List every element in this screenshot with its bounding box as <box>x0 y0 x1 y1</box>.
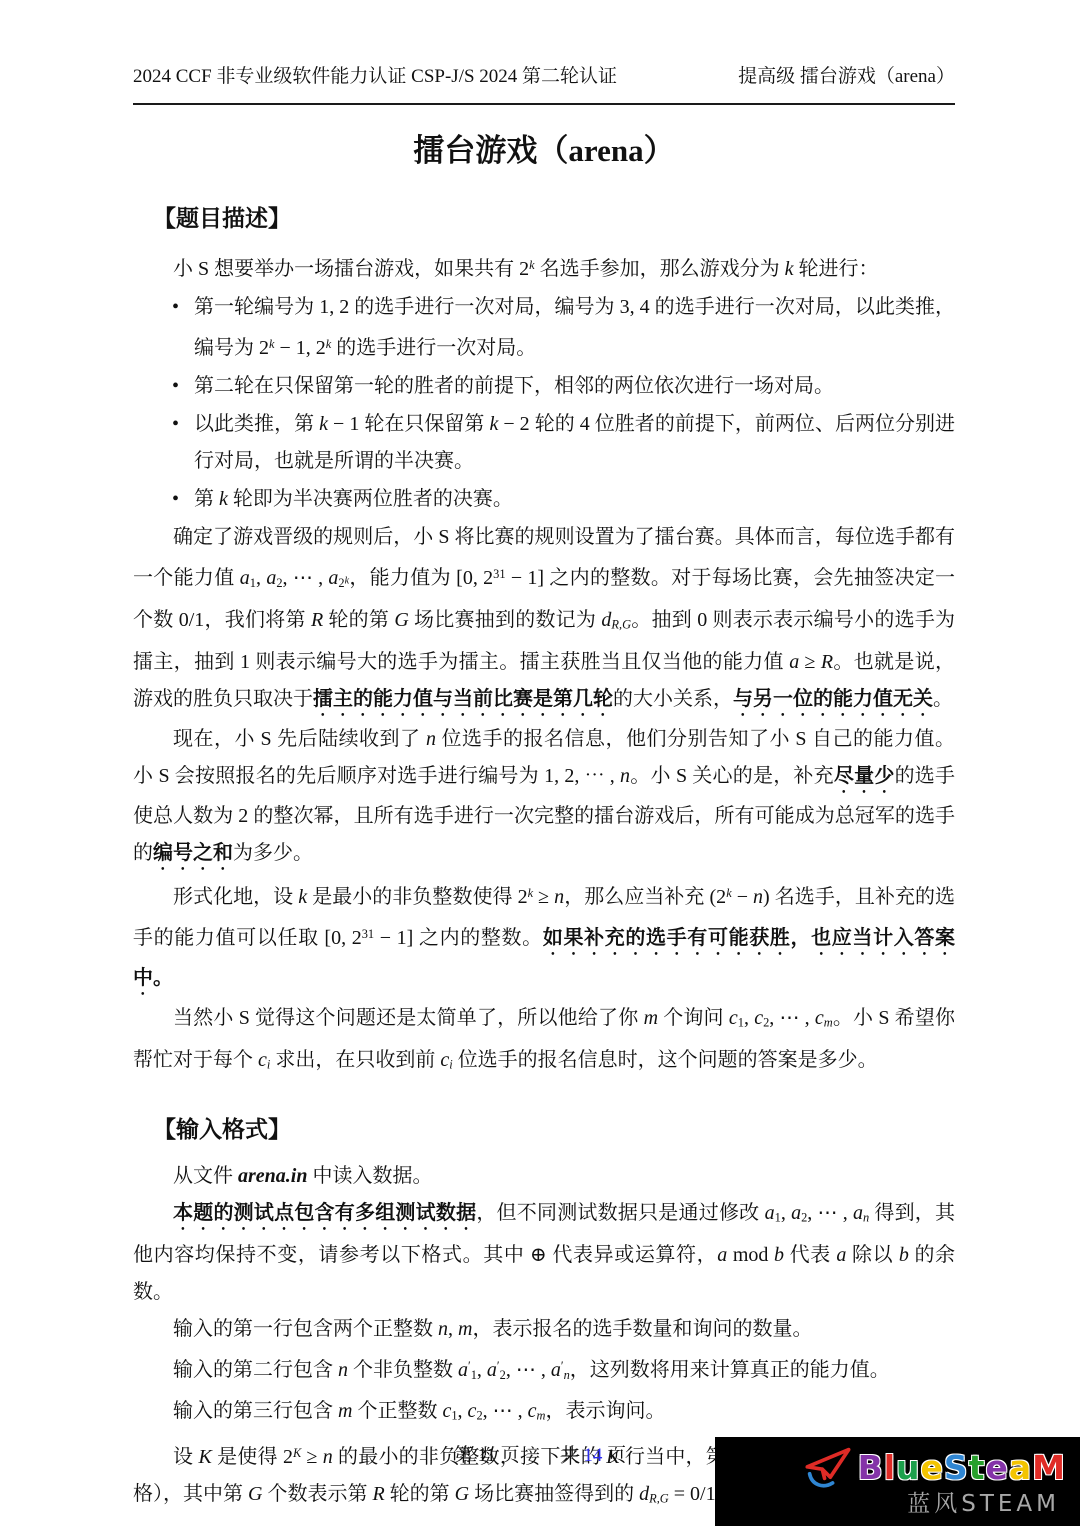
text-run: 本题的测试点包含有多组测试数据 <box>173 1202 476 1224</box>
text-run: 个正整数 <box>352 1400 442 1422</box>
text-run: , ⋯ , <box>769 1007 815 1029</box>
logo-letter: e <box>921 1448 944 1487</box>
text-run: − 1 <box>328 413 359 435</box>
text-run: a <box>328 568 338 590</box>
text-run: m <box>644 1007 658 1029</box>
text-run: a <box>487 1359 497 1381</box>
text-run: R,G <box>649 1492 669 1506</box>
text-run: (2 <box>710 886 727 908</box>
text-run: arena.in <box>238 1165 307 1187</box>
text-run: 2 <box>238 805 248 827</box>
para-input-line-2: 输入的第二行包含 n 个非负整数 a′1, a′2, ⋯ , a′n，这列数将用… <box>133 1348 955 1394</box>
text-run: k <box>219 488 228 510</box>
text-run: a <box>765 1202 775 1224</box>
text-run: 2 <box>519 258 529 280</box>
text-run: , <box>448 1318 458 1340</box>
text-run: [0, 2 <box>456 568 493 590</box>
text-run: 轮的第 <box>385 1483 455 1505</box>
section-heading-problem-description: 【题目描述】 <box>153 203 955 235</box>
text-run: 轮进行： <box>794 258 879 280</box>
text-run: 则表示编号大的选手为擂主。擂主获胜当且仅当他的能力值 <box>250 651 789 673</box>
text-run: c <box>258 1049 267 1071</box>
bullet-text: 第二轮在只保留第一轮的胜者的前提下，相邻的两位依次进行一场对局。 <box>194 368 955 405</box>
text-run: 4 <box>580 413 590 435</box>
text-run: 输入的第二行包含 <box>173 1359 338 1381</box>
text-run: a <box>791 1202 801 1224</box>
document-page: 2024 CCF 非专业级软件能力认证 CSP-J/S 2024 第二轮认证 提… <box>0 0 1080 1526</box>
text-run: m <box>824 1016 833 1030</box>
text-run: − 1] <box>374 927 413 949</box>
text-run: , <box>781 1202 791 1224</box>
text-run: 名选手参加，那么游戏分为 <box>535 258 785 280</box>
logo-letter: M <box>1032 1448 1066 1487</box>
bullet-round-k-minus-1: •以此类推，第 k − 1 轮在只保留第 k − 2 轮的 4 位胜者的前提下，… <box>133 406 955 480</box>
document-content: 2024 CCF 非专业级软件能力认证 CSP-J/S 2024 第二轮认证 提… <box>133 64 955 1518</box>
text-run: , ⋯ , <box>283 568 329 590</box>
text-run: , ⋯ , <box>807 1202 853 1224</box>
text-run: 输入的第一行包含两个正整数 <box>173 1318 438 1340</box>
text-run: 第一轮编号为 <box>194 296 319 318</box>
text-run: 的大小关系， <box>613 688 733 710</box>
text-run: − 2 <box>498 413 529 435</box>
text-run: n <box>753 886 763 908</box>
text-run: , <box>256 568 266 590</box>
text-run: 31 <box>493 567 505 581</box>
bullet-round-k: •第 k 轮即为半决赛两位胜者的决赛。 <box>133 481 955 518</box>
text-run: 编号之和 <box>153 842 233 864</box>
logo-letter: S <box>944 1448 969 1487</box>
logo-row: BlueSteaM <box>802 1445 1066 1491</box>
text-run: n <box>338 1359 348 1381</box>
bullet-text: 第 k 轮即为半决赛两位胜者的决赛。 <box>194 481 955 518</box>
bluesteam-logo: BlueSteaM 蓝风STEAM <box>715 1437 1080 1526</box>
text-run: ，能力值为 <box>349 568 456 590</box>
logo-wordmark: BlueSteaM <box>858 1448 1066 1488</box>
bullet-icon: • <box>172 289 194 367</box>
section-heading-input-format: 【输入格式】 <box>153 1114 955 1146</box>
text-run: 除以 <box>846 1244 898 1266</box>
text-run: n <box>426 728 436 750</box>
text-run: k <box>319 413 328 435</box>
bullet-icon: • <box>172 368 194 405</box>
para-input-line-1: 输入的第一行包含两个正整数 n, m，表示报名的选手数量和询问的数量。 <box>133 1311 955 1348</box>
text-run: a <box>853 1202 863 1224</box>
logo-letter: t <box>969 1448 986 1487</box>
text-run: − <box>732 886 753 908</box>
page-title: 擂台游戏（arena） <box>133 129 955 173</box>
text-run: 第 <box>194 488 219 510</box>
text-run: a <box>717 1244 727 1266</box>
text-run: a <box>836 1244 846 1266</box>
text-run: G <box>248 1483 262 1505</box>
bullet-icon: • <box>172 481 194 518</box>
text-run: 擂主的能力值与当前比赛是第几轮 <box>313 688 613 710</box>
text-run: 0 <box>697 609 707 631</box>
text-run: 1, 2, ⋯ , <box>544 765 620 787</box>
text-run: 现在，小 S 先后陆续收到了 <box>173 728 426 750</box>
text-run: b <box>774 1244 784 1266</box>
text-run: d <box>601 609 611 631</box>
logo-subtext: 蓝风STEAM <box>907 1491 1060 1517</box>
bullet-round-2: •第二轮在只保留第一轮的胜者的前提下，相邻的两位依次进行一场对局。 <box>133 368 955 405</box>
text-run: 求出，在只收到前 <box>270 1049 440 1071</box>
text-run: a <box>240 568 250 590</box>
text-run: ≥ <box>533 886 554 908</box>
text-run: 。 <box>933 688 953 710</box>
header-left-text: 2024 CCF 非专业级软件能力认证 CSP-J/S 2024 第二轮认证 <box>133 64 617 90</box>
bullet-text: 第一轮编号为 1, 2 的选手进行一次对局，编号为 3, 4 的选手进行一次对局… <box>194 289 955 367</box>
text-run: c <box>442 1400 451 1422</box>
header-right-text: 提高级 擂台游戏（arena） <box>738 64 955 90</box>
text-run: , <box>458 1400 468 1422</box>
text-run: 位选手的报名信息时，这个问题的答案是多少。 <box>453 1049 878 1071</box>
text-run: n <box>554 886 564 908</box>
text-run: 轮的 <box>530 413 580 435</box>
total-pages-link[interactable]: 14 <box>583 1445 602 1466</box>
text-run: , <box>744 1007 754 1029</box>
para-multi-tests: 本题的测试点包含有多组测试数据，但不同测试数据只是通过修改 a1, a2, ⋯ … <box>133 1195 955 1311</box>
bullet-icon: • <box>172 406 194 480</box>
para-rules: 确定了游戏晋级的规则后，小 S 将比赛的规则设置为了擂台赛。具体而言，每位选手都… <box>133 519 955 721</box>
text-run: 形式化地，设 <box>173 886 298 908</box>
text-run: m <box>458 1318 472 1340</box>
text-run: ) <box>763 886 770 908</box>
text-run: 3, 4 <box>620 296 650 318</box>
para-input-file: 从文件 arena.in 中读入数据。 <box>133 1158 955 1195</box>
para-intro: 小 S 想要举办一场擂台游戏，如果共有 2k 名选手参加，那么游戏分为 k 轮进… <box>133 247 955 288</box>
text-run: a <box>789 651 799 673</box>
logo-letter: l <box>884 1448 896 1487</box>
text-run: 的选手进行一次对局，编号为 <box>349 296 619 318</box>
text-run: 小 S 想要举办一场擂台游戏，如果共有 <box>173 258 519 280</box>
text-run: mod <box>727 1244 774 1266</box>
text-run: G <box>455 1483 469 1505</box>
text-run: k <box>785 258 794 280</box>
text-run: m <box>338 1400 352 1422</box>
text-run: 中读入数据。 <box>307 1165 432 1187</box>
page-header: 2024 CCF 非专业级软件能力认证 CSP-J/S 2024 第二轮认证 提… <box>133 64 955 105</box>
text-run: 轮在只保留第 <box>359 413 489 435</box>
text-run: 场比赛抽到的数记为 <box>409 609 602 631</box>
text-run: 为多少。 <box>233 842 313 864</box>
text-run: ⊕ <box>530 1244 547 1266</box>
text-run: n <box>438 1318 448 1340</box>
text-run: 个非负整数 <box>348 1359 458 1381</box>
current-page-label: 第 11 页 <box>454 1445 520 1466</box>
text-run: c <box>754 1007 763 1029</box>
text-run: , <box>477 1359 487 1381</box>
text-run: − 1, 2 <box>275 337 326 359</box>
text-run: [0, 2 <box>324 927 361 949</box>
text-run: − 1] <box>506 568 545 590</box>
text-run: 之内的整数。 <box>413 927 542 949</box>
logo-letter: B <box>858 1448 884 1487</box>
text-run: R <box>311 609 323 631</box>
total-pages-suffix: 页 <box>602 1445 626 1466</box>
text-run: 2 <box>259 337 269 359</box>
text-run: c <box>729 1007 738 1029</box>
text-run: c <box>528 1400 537 1422</box>
text-run: ，我们将第 <box>204 609 311 631</box>
text-run: = 0/1 <box>669 1483 716 1505</box>
text-run: 个数表示第 <box>262 1483 372 1505</box>
text-run: c <box>815 1007 824 1029</box>
para-queries: 当然小 S 觉得这个问题还是太简单了，所以他给了你 m 个询问 c1, c2, … <box>133 1000 955 1083</box>
text-run: 0/1 <box>179 609 205 631</box>
text-run: R,G <box>611 618 631 632</box>
text-run: b <box>899 1244 909 1266</box>
text-run: 1, 2 <box>319 296 349 318</box>
para-formal: 形式化地，设 k 是最小的非负整数使得 2k ≥ n，那么应当补充 (2k − … <box>133 875 955 1000</box>
text-run: 是最小的非负整数使得 <box>307 886 517 908</box>
text-run: , ⋯ , <box>483 1400 528 1422</box>
text-run: ，表示报名的选手数量和询问的数量。 <box>472 1318 812 1340</box>
total-pages-prefix: 共 <box>560 1445 584 1466</box>
text-run: 尽量少 <box>834 765 895 787</box>
text-run: 输入的第三行包含 <box>173 1400 338 1422</box>
logo-letter: u <box>896 1448 921 1487</box>
text-run: 。抽到 <box>631 609 697 631</box>
para-input-line-3: 输入的第三行包含 m 个正整数 c1, c2, ⋯ , cm，表示询问。 <box>133 1393 955 1435</box>
para-signup: 现在，小 S 先后陆续收到了 n 位选手的报名信息，他们分别告知了小 S 自己的… <box>133 721 955 875</box>
text-run: ≥ <box>799 651 821 673</box>
text-run: 与另一位的能力值无关 <box>733 688 933 710</box>
text-run: R <box>821 651 833 673</box>
text-run: 31 <box>362 927 374 941</box>
text-run: 从文件 <box>173 1165 238 1187</box>
text-run: 当然小 S 觉得这个问题还是太简单了，所以他给了你 <box>173 1007 644 1029</box>
text-run: a <box>458 1359 468 1381</box>
text-run: 的选手进行一次对局。 <box>331 337 536 359</box>
text-run: ，这列数将用来计算真正的能力值。 <box>570 1359 890 1381</box>
text-run: 场比赛抽签得到的 <box>469 1483 639 1505</box>
text-run: a <box>266 568 276 590</box>
bullet-round-1: •第一轮编号为 1, 2 的选手进行一次对局，编号为 3, 4 的选手进行一次对… <box>133 289 955 367</box>
bullet-text: 以此类推，第 k − 1 轮在只保留第 k − 2 轮的 4 位胜者的前提下，前… <box>194 406 955 480</box>
text-run: 轮的第 <box>323 609 394 631</box>
text-run: 个询问 <box>658 1007 729 1029</box>
text-run: 代表 <box>784 1244 836 1266</box>
text-run: ，那么应当补充 <box>564 886 709 908</box>
paper-plane-icon <box>802 1445 854 1491</box>
total-pages-label: 共 14 页 <box>560 1445 627 1466</box>
text-run: a <box>551 1359 561 1381</box>
text-run: c <box>440 1049 449 1071</box>
text-run: ，表示询问。 <box>545 1400 665 1422</box>
text-run: 轮即为半决赛两位胜者的决赛。 <box>228 488 513 510</box>
text-run: n <box>620 765 630 787</box>
logo-letter: e <box>985 1448 1008 1487</box>
document-body: 【题目描述】小 S 想要举办一场擂台游戏，如果共有 2k 名选手参加，那么游戏分… <box>133 203 955 1518</box>
logo-letter: a <box>1009 1448 1032 1487</box>
text-run: 代表异或运算符， <box>547 1244 717 1266</box>
text-run: G <box>394 609 408 631</box>
text-run: 第二轮在只保留第一轮的胜者的前提下，相邻的两位依次进行一场对局。 <box>194 375 834 397</box>
text-run: 。小 S 关心的是，补充 <box>630 765 834 787</box>
text-run: k <box>298 886 307 908</box>
text-run: ，但不同测试数据只是通过修改 <box>476 1202 764 1224</box>
text-run: 1 <box>240 651 250 673</box>
text-run: R <box>372 1483 384 1505</box>
text-run: d <box>639 1483 649 1505</box>
text-run: 2 <box>518 886 528 908</box>
text-run: , ⋯ , <box>506 1359 551 1381</box>
text-run: 以此类推，第 <box>194 413 319 435</box>
